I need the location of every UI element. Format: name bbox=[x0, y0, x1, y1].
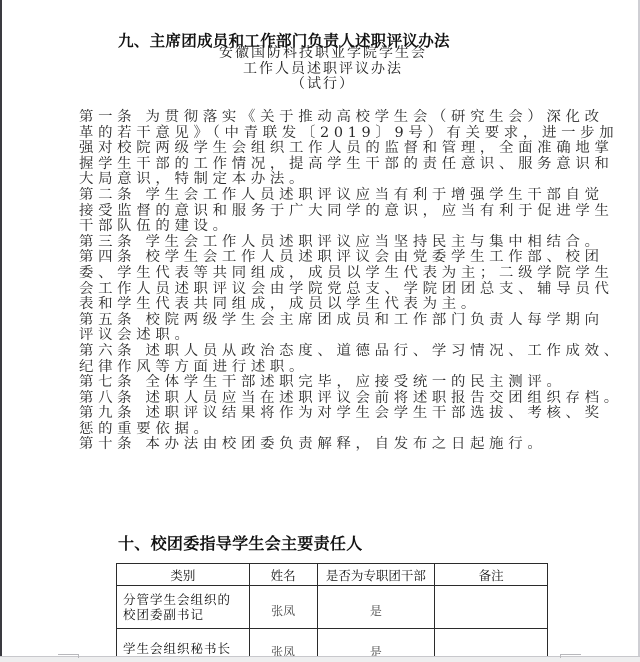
regulation-body: 第一条 为贯彻落实《关于推动高校学生会（研究生会）深化改 革的若干意见》（中青联… bbox=[79, 110, 579, 453]
body-line: 第五条 校院两级学生会主席团成员和工作部门负责人每学期向 bbox=[79, 313, 579, 329]
body-line: 第十条 本办法由校团委负责解释，自发布之日起施行。 bbox=[79, 437, 579, 453]
subtitle-line-3: （试行） bbox=[0, 77, 640, 93]
window-left-edge bbox=[0, 0, 2, 662]
body-line: 评议会述职。 bbox=[79, 328, 579, 344]
body-line: 表和学生代表共同组成，成员以学生代表为主。 bbox=[79, 297, 579, 313]
body-line: 第一条 为贯彻落实《关于推动高校学生会（研究生会）深化改 bbox=[79, 110, 579, 126]
body-line: 第八条 述职人员应当在述职评议会前将述职报告交团组织存档。 bbox=[79, 391, 579, 407]
body-line: 委、学生代表等共同组成，成员以学生代表为主；二级学院学生 bbox=[79, 266, 579, 282]
body-line: 接受监督的意识和服务于广大同学的意识，应当有利于促进学生 bbox=[79, 204, 579, 220]
body-line: 第六条 述职人员从政治态度、道德品行、学习情况、工作成效、 bbox=[79, 344, 579, 360]
header-name: 姓名 bbox=[249, 564, 317, 586]
header-category: 类别 bbox=[117, 564, 250, 586]
subtitle-line-2: 工作人员述职评议办法 bbox=[0, 62, 640, 78]
body-line: 第九条 述职评议结果将作为对学生会学生干部选拔、考核、奖 bbox=[79, 406, 579, 422]
subtitle-line-1: 安徽国防科技职业学院学生会 bbox=[0, 46, 640, 62]
crop-mark-bottom-right bbox=[560, 654, 581, 658]
section-10-heading: 十、校团委指导学生会主要责任人 bbox=[118, 531, 363, 554]
cell-name: 张凤 bbox=[249, 586, 317, 629]
page-break-gutter bbox=[0, 656, 640, 662]
category-line: 学生会组织秘书长 bbox=[123, 641, 231, 656]
crop-mark-bottom-left bbox=[58, 654, 79, 658]
cell-fulltime: 是 bbox=[317, 586, 435, 629]
document-subtitle: 安徽国防科技职业学院学生会 工作人员述职评议办法 （试行） bbox=[0, 46, 640, 93]
cell-category: 分管学生会组织的 校团委副书记 bbox=[117, 586, 250, 629]
body-line: 纪律作风等方面进行述职。 bbox=[79, 360, 579, 376]
body-line: 第四条 校学生会工作人员述职评议会由党委学生工作部、校团 bbox=[79, 250, 579, 266]
category-line: 校团委副书记 bbox=[123, 607, 204, 622]
category-line: 分管学生会组织的 bbox=[123, 592, 231, 607]
cell-note bbox=[435, 586, 548, 629]
body-line: 干部队伍的建设。 bbox=[79, 219, 579, 235]
table-header-row: 类别 姓名 是否为专职团干部 备注 bbox=[117, 564, 548, 586]
header-note: 备注 bbox=[435, 564, 548, 586]
body-line: 会工作人员述职评议会由学院党总支、学院团团总支、辅导员代 bbox=[79, 282, 579, 298]
body-line: 强对校院两级学生会组织工作人员的监督和管理，全面准确地掌 bbox=[79, 141, 579, 157]
table-row: 分管学生会组织的 校团委副书记 张凤 是 bbox=[117, 586, 548, 629]
body-line: 第三条 学生会工作人员述职评议应当坚持民主与集中相结合。 bbox=[79, 235, 579, 251]
body-line: 第七条 全体学生干部述职完毕，应接受统一的民主测评。 bbox=[79, 375, 579, 391]
body-line: 大局意识，特制定本办法。 bbox=[79, 172, 579, 188]
body-line: 革的若干意见》（中青联发〔2019〕9号）有关要求，进一步加 bbox=[79, 126, 579, 142]
header-fulltime: 是否为专职团干部 bbox=[317, 564, 435, 586]
responsible-persons-table: 类别 姓名 是否为专职团干部 备注 分管学生会组织的 校团委副书记 张凤 是 学… bbox=[116, 563, 548, 662]
body-line: 第二条 学生会工作人员述职评议应当有利于增强学生干部自觉 bbox=[79, 188, 579, 204]
